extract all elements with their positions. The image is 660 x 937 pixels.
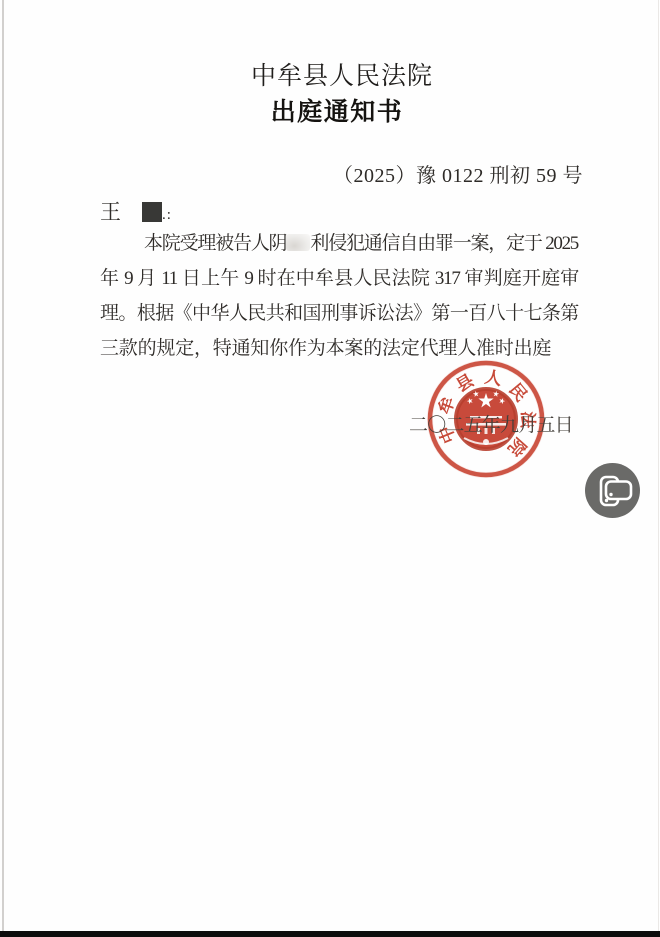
page-left-edge [2,0,4,931]
body-line-2: 年 9 月 11 日上午 9 时在中牟县人民法院 317 审判庭开庭审 [100,266,578,292]
case-number: （2025）豫 0122 刑初 59 号 [333,159,583,188]
addressee-line: 王.: [100,196,172,226]
body-line-1-prefix: 本院受理被告人阴 [144,233,286,254]
bottom-bar [0,931,660,937]
document-viewer-page: 中牟县人民法院 出庭通知书 （2025）豫 0122 刑初 59 号 王.: 本… [0,0,660,937]
name-redaction-box [142,202,162,222]
seal-char: 人 [483,367,503,389]
court-name-heading: 中牟县人民法院 [0,56,660,92]
rotate-screen-icon [585,463,640,518]
document-title: 出庭通知书 [0,92,660,128]
body-line-1-suffix: 利侵犯通信自由罪一案，定于 2025 [310,233,578,254]
body-line-1: 本院受理被告人阴利侵犯通信自由罪一案，定于 2025 [144,231,578,257]
body-line-3: 理。根据《中华人民共和国刑事诉讼法》第一百八十七条第 [100,301,578,327]
name-blur-redaction [286,234,310,251]
addressee-suffix: .: [162,207,172,223]
addressee-surname: 王 [100,200,121,224]
document-date: 二〇二五年九月五日 [409,410,573,437]
page-right-edge [658,0,659,931]
rotate-screen-button[interactable] [585,463,640,518]
